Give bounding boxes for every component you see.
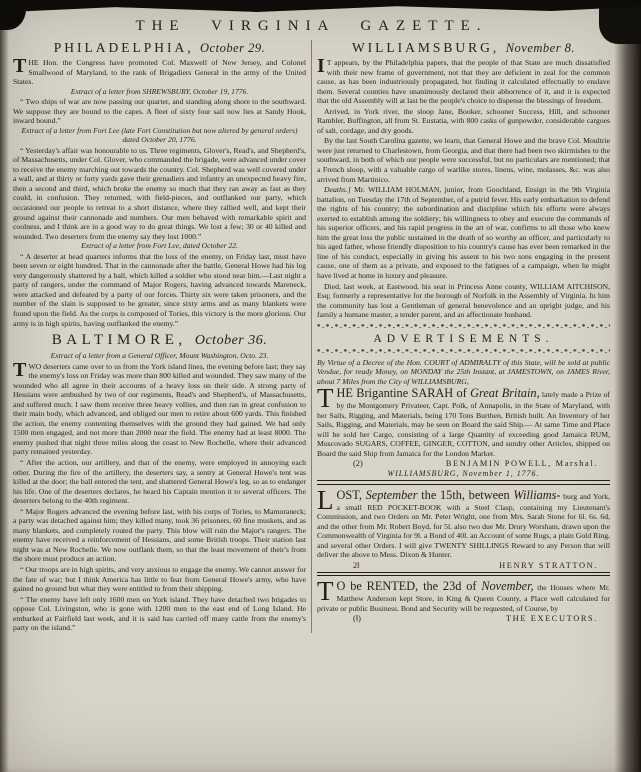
baltimore-dateline-header: BALTIMORE, October 36.: [13, 332, 306, 349]
dateline-city: PHILADELPHIA,: [54, 40, 194, 55]
drop-cap: I: [317, 58, 327, 74]
drop-cap: T: [13, 362, 28, 378]
news-paragraph: Arrived, in York river, the sloop Jane, …: [317, 107, 610, 136]
drop-cap: T: [317, 387, 337, 409]
section-rule: [317, 480, 610, 484]
ad-lead-text: Great Britain,: [470, 386, 540, 400]
extract-heading: Extract of a letter from a General Offic…: [13, 351, 306, 360]
ornament-divider: *-*-*-*-*-*-*-*-*-*-*-*-*-*-*-*-*-*-*-*-…: [317, 348, 610, 356]
column-divider-rule: [311, 40, 312, 633]
left-column: PHILADELPHIA, October 29. THE Hon. the C…: [13, 40, 306, 633]
ad-body-text: burg and York, a small RED POCKET-BOOK w…: [317, 492, 610, 560]
obituary-paragraph: Died, last week, at Eastwood, his seat i…: [317, 282, 610, 320]
printer-mark: (2): [353, 459, 363, 468]
signature-name: HENRY STRATTON.: [499, 561, 598, 570]
dateline-date: November 8.: [506, 41, 575, 55]
news-paragraph: IT appears, by the Philadelphia papers, …: [317, 58, 610, 106]
ad-lead-text: September: [366, 488, 418, 502]
signature-name: THE EXECUTORS.: [506, 614, 598, 623]
advertisements-heading: ADVERTISEMENTS.: [317, 333, 610, 345]
newspaper-page: THE VIRGINIA GAZETTE. PHILADELPHIA, Octo…: [0, 0, 641, 772]
section-rule: [317, 572, 610, 576]
page-content: THE VIRGINIA GAZETTE. PHILADELPHIA, Octo…: [13, 15, 610, 772]
right-column: WILLIAMSBURG, November 8. IT appears, by…: [317, 40, 610, 633]
dateline-date: October 36.: [195, 333, 267, 348]
extract-heading: Extract of a letter from Fort Lee, dated…: [13, 241, 306, 250]
news-paragraph: TWO deserters came over to us from the Y…: [13, 362, 306, 457]
dateline-city: WILLIAMSBURG,: [352, 40, 499, 55]
printer-mark: (‖): [353, 614, 361, 623]
ornament-divider: *-*-*-*-*-*-*-*-*-*-*-*-*-*-*-*-*-*-*-*-…: [317, 323, 610, 331]
ad-lead-text: HE Brigantine SARAH of: [337, 386, 471, 400]
news-paragraph: “ Our troops are in high spirits, and ve…: [13, 565, 306, 594]
news-paragraph: “ Yesterday's affair was honourable to u…: [13, 146, 306, 241]
paragraph-text: T appears, by the Philadelphia papers, t…: [317, 58, 610, 105]
scan-edge-top: [0, 0, 641, 13]
advertisement-rented: TO be RENTED, the 23d of November, the H…: [317, 580, 610, 613]
advertisement-lost: LOST, September the 15th, between Willia…: [317, 489, 610, 560]
extract-heading: Extract of a letter from SHREWSBURY, Oct…: [13, 87, 306, 96]
news-paragraph: “ Two ships of war are now passing our q…: [13, 97, 306, 126]
dateline-date: October 29.: [200, 41, 265, 55]
extract-heading: Extract of a letter from Fort Lee (late …: [13, 126, 306, 145]
drop-cap: L: [317, 489, 337, 511]
philadelphia-dateline-header: PHILADELPHIA, October 29.: [13, 40, 306, 56]
scan-edge-right: [614, 0, 641, 772]
ad-lead-text: Williams-: [513, 488, 560, 502]
columns: PHILADELPHIA, October 29. THE Hon. the C…: [13, 40, 610, 633]
paragraph-text: HE Hon. the Congress have promoted Col. …: [13, 58, 306, 86]
williamsburg-dateline-header: WILLIAMSBURG, November 8.: [317, 40, 610, 56]
paragraph-text: WO deserters came over to us from the Yo…: [13, 362, 306, 457]
ad-lead-text: the 15th, between: [418, 488, 514, 502]
ad-dateline: WILLIAMSBURG, November 1, 1776.: [317, 469, 610, 478]
signature-line: (‖)THE EXECUTORS.: [317, 613, 610, 623]
ad-body-text: lately made a Prize of by the Montgomery…: [317, 390, 610, 458]
news-paragraph: “ A deserter at head quarters informs th…: [13, 252, 306, 328]
dateline-city: BALTIMORE,: [52, 332, 187, 348]
newspaper-title: THE VIRGINIA GAZETTE.: [13, 18, 610, 35]
news-paragraph: By the last South Carolina gazette, we l…: [317, 136, 610, 184]
drop-cap: T: [317, 580, 337, 602]
paragraph-text: Mr. WILLIAM HOLMAN, junior, from Goochla…: [317, 185, 610, 280]
admiralty-notice: By Virtue of a Decree of the Hon. COURT …: [317, 358, 610, 387]
deaths-label: Deaths.]: [324, 185, 351, 194]
signature-name: BENJAMIN POWELL, Marshal.: [446, 459, 598, 468]
drop-cap: T: [13, 58, 28, 74]
news-paragraph: “ Major Rogers advanced the evening befo…: [13, 507, 306, 564]
news-paragraph: “ After the action, our artillery, and t…: [13, 458, 306, 506]
signature-line: 2‖HENRY STRATTON.: [317, 560, 610, 570]
ad-lead-text: O be RENTED, the 23d of: [337, 579, 482, 593]
advertisement-brigantine: THE Brigantine SARAH of Great Britain, l…: [317, 387, 610, 458]
signature-line: (2)BENJAMIN POWELL, Marshal.: [317, 458, 610, 468]
scan-edge-left: [0, 0, 9, 772]
news-paragraph: “ The enemy have left only 1600 men on Y…: [13, 595, 306, 633]
ad-lead-text: November,: [481, 579, 533, 593]
obituary-paragraph: Deaths.] Mr. WILLIAM HOLMAN, junior, fro…: [317, 185, 610, 280]
printer-mark: 2‖: [353, 561, 360, 570]
news-paragraph: THE Hon. the Congress have promoted Col.…: [13, 58, 306, 87]
ad-lead-text: OST,: [337, 488, 366, 502]
